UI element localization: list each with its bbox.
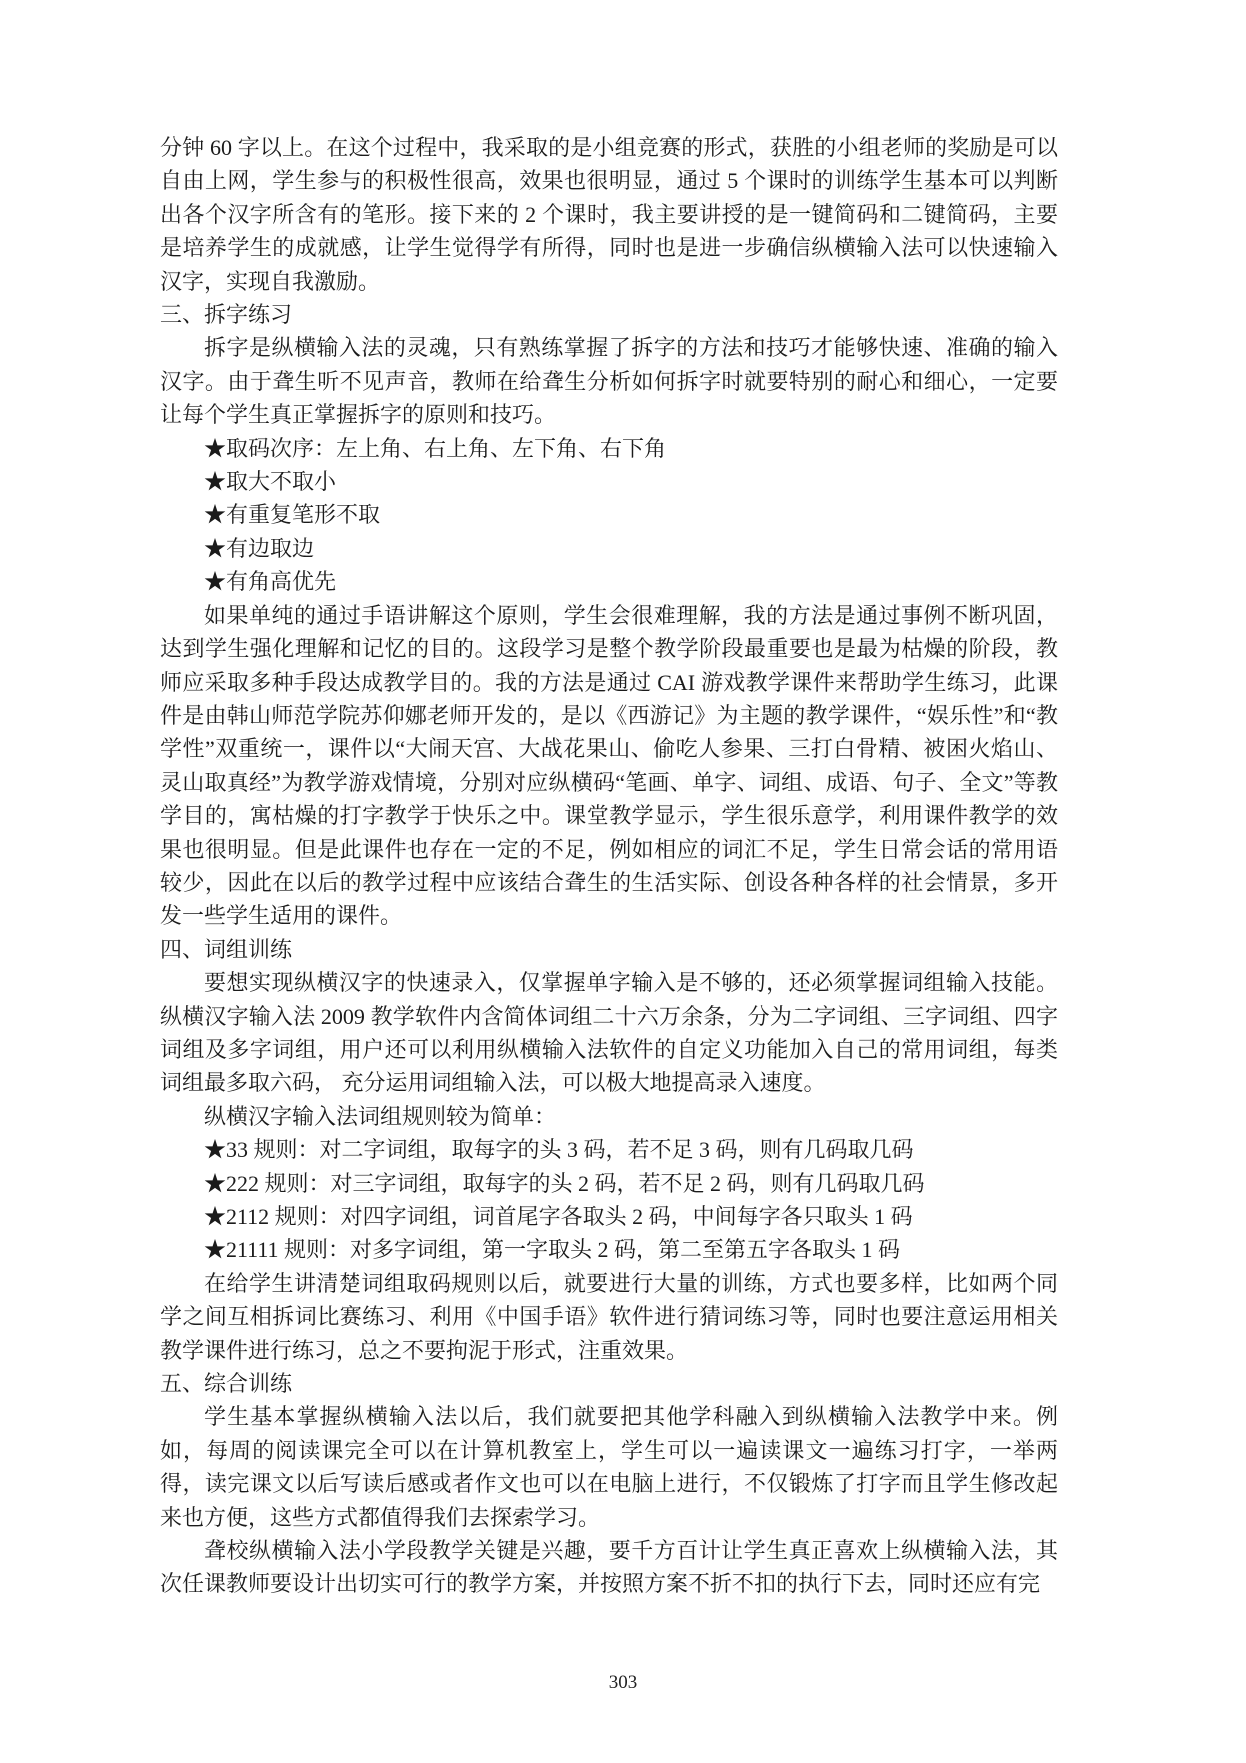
section-heading-3: 三、拆字练习 (160, 298, 1058, 331)
list-item: ★222 规则：对三字词组，取每字的头 2 码，若不足 2 码，则有几码取几码 (160, 1167, 1058, 1200)
page-number: 303 (0, 1671, 1246, 1695)
list-item: ★取大不取小 (160, 465, 1058, 498)
list-item: ★有边取边 (160, 532, 1058, 565)
list-item: ★有重复笔形不取 (160, 498, 1058, 531)
paragraph: 聋校纵横输入法小学段教学关键是兴趣，要千方百计让学生真正喜欢上纵横输入法，其次任… (160, 1534, 1058, 1601)
paragraph: 学生基本掌握纵横输入法以后，我们就要把其他学科融入到纵横输入法教学中来。例如，每… (160, 1400, 1058, 1534)
paragraph: 要想实现纵横汉字的快速录入，仅掌握单字输入是不够的，还必须掌握词组输入技能。纵横… (160, 966, 1058, 1100)
section-heading-5: 五、综合训练 (160, 1367, 1058, 1400)
paragraph: 拆字是纵横输入法的灵魂，只有熟练掌握了拆字的方法和技巧才能够快速、准确的输入汉字… (160, 331, 1058, 431)
document-page: 分钟 60 字以上。在这个过程中，我采取的是小组竞赛的形式，获胜的小组老师的奖励… (0, 0, 1246, 1763)
list-item: ★取码次序：左上角、右上角、左下角、右下角 (160, 432, 1058, 465)
paragraph: 分钟 60 字以上。在这个过程中，我采取的是小组竞赛的形式，获胜的小组老师的奖励… (160, 131, 1058, 298)
section-heading-4: 四、词组训练 (160, 933, 1058, 966)
list-item: ★有角高优先 (160, 565, 1058, 598)
list-item: ★33 规则：对二字词组，取每字的头 3 码，若不足 3 码，则有几码取几码 (160, 1133, 1058, 1166)
document-body: 分钟 60 字以上。在这个过程中，我采取的是小组竞赛的形式，获胜的小组老师的奖励… (160, 131, 1058, 1601)
list-item: ★2112 规则：对四字词组，词首尾字各取头 2 码，中间每字各只取头 1 码 (160, 1200, 1058, 1233)
list-item: ★21111 规则：对多字词组，第一字取头 2 码，第二至第五字各取头 1 码 (160, 1233, 1058, 1266)
paragraph: 如果单纯的通过手语讲解这个原则，学生会很难理解，我的方法是通过事例不断巩固，达到… (160, 599, 1058, 933)
paragraph: 在给学生讲清楚词组取码规则以后，就要进行大量的训练，方式也要多样，比如两个同学之… (160, 1267, 1058, 1367)
paragraph: 纵横汉字输入法词组规则较为简单： (160, 1100, 1058, 1133)
